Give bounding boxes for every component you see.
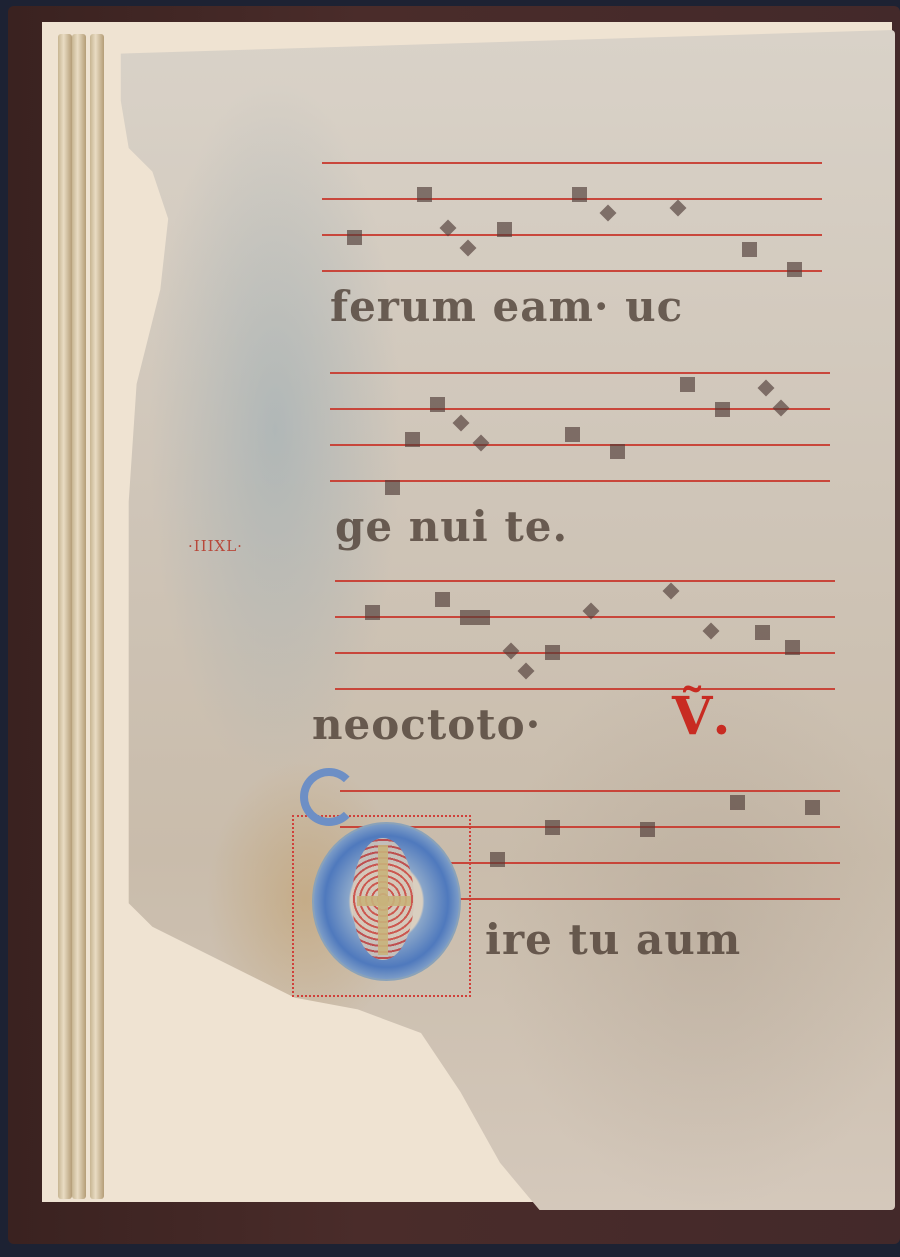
initial-cross [357,896,411,906]
lyric-line: neoctoto· [312,700,541,749]
page-edge [72,34,86,1199]
page-edge [58,34,72,1199]
music-stave [322,162,822,277]
music-stave [335,580,835,695]
music-stave [330,372,830,487]
versicle-rubric: Ṽ. [672,686,730,747]
folio-number: ·IIIXL· [188,537,243,555]
page-edge [90,34,104,1199]
lyric-line: ge nui te. [335,502,568,551]
lyric-line: ferum eam· uc [330,282,683,331]
initial-flourish [300,768,358,826]
lyric-line: ire tu aum [485,915,741,964]
